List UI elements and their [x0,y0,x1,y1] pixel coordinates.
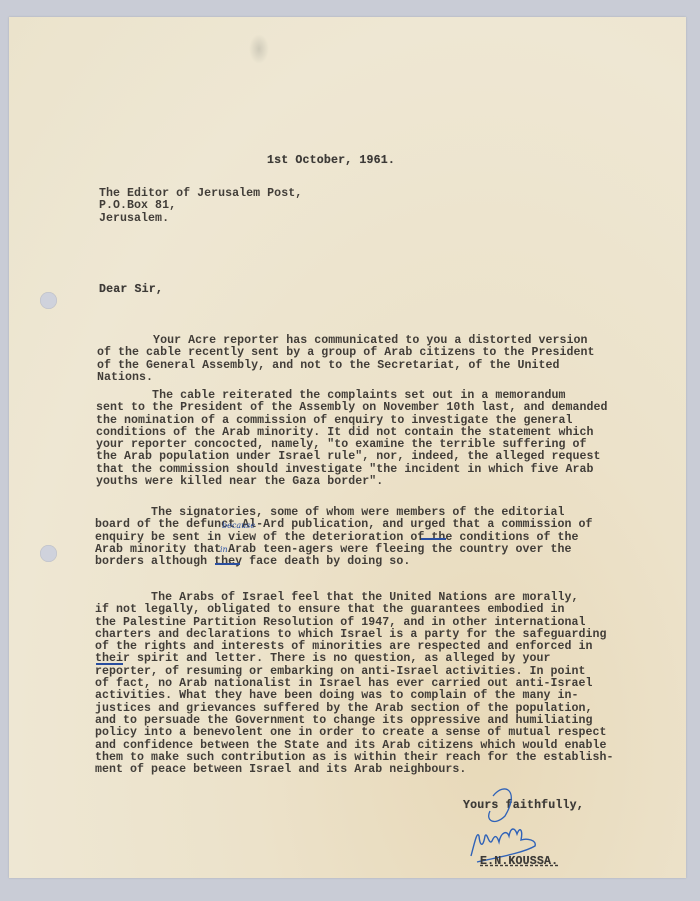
paragraph-line: policy into a benevolent one in order to… [95,727,614,739]
paragraph-line: ment of peace between Israel and its Ara… [95,764,614,776]
paragraph-line: borders although they face death by doin… [95,556,593,568]
punch-hole-top [40,292,57,309]
paragraph-line: and confidence between the State and its… [95,740,614,752]
salutation: Dear Sir, [99,284,163,296]
paragraph-line: youths were killed near the Gaza border"… [96,476,608,488]
recipient-line: Jerusalem. [99,213,302,225]
paragraph-2: The cable reiterated the complaints set … [96,390,608,488]
letter-date: 1st October, 1961. [267,155,395,167]
handwritten-annotation: in [220,545,228,554]
strikethrough-mark [215,563,240,565]
typed-signature-name: E.N.KOUSSA. [480,856,558,868]
strikethrough-mark [96,663,123,665]
paragraph-4: The Arabs of Israel feel that the United… [95,592,614,776]
recipient-address: The Editor of Jerusalem Post, P.O.Box 81… [99,188,302,225]
paragraph-line: their spirit and letter. There is no que… [95,653,614,665]
paragraph-line: sent to the President of the Assembly on… [96,402,608,414]
paragraph-line: activities. What they have been doing wa… [95,690,614,702]
paragraph-line: the Arab population under Israel rule", … [96,451,608,463]
paragraph-line: Nations. [97,372,595,384]
punch-hole-bottom [40,545,57,562]
paragraph-line: of the General Assembly, and not to the … [97,360,595,372]
paragraph-line: if not legally, obligated to ensure that… [95,604,614,616]
strikethrough-mark [421,538,446,540]
paper-stain [249,34,269,64]
paragraph-line: board of the defunct Al-Ard publication,… [95,519,593,531]
paragraph-1: Your Acre reporter has communicated to y… [97,335,595,384]
recipient-line: P.O.Box 81, [99,200,302,212]
paragraph-3: The signatories, some of whom were membe… [95,507,593,568]
handwritten-annotation: because [222,521,255,530]
paragraph-line: of the cable recently sent by a group of… [97,347,595,359]
handwritten-signature [465,786,575,866]
